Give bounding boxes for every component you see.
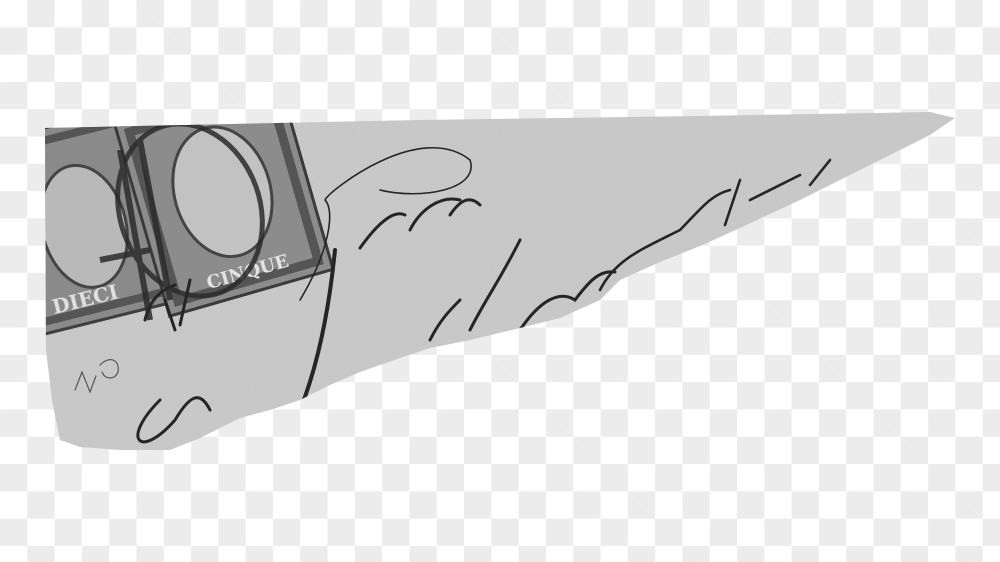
pencil-note: W Ray — [0, 0, 53, 4]
torn-envelope-fragment: DIECI CINQUE All' Signore Guglielm — [0, 0, 1000, 562]
